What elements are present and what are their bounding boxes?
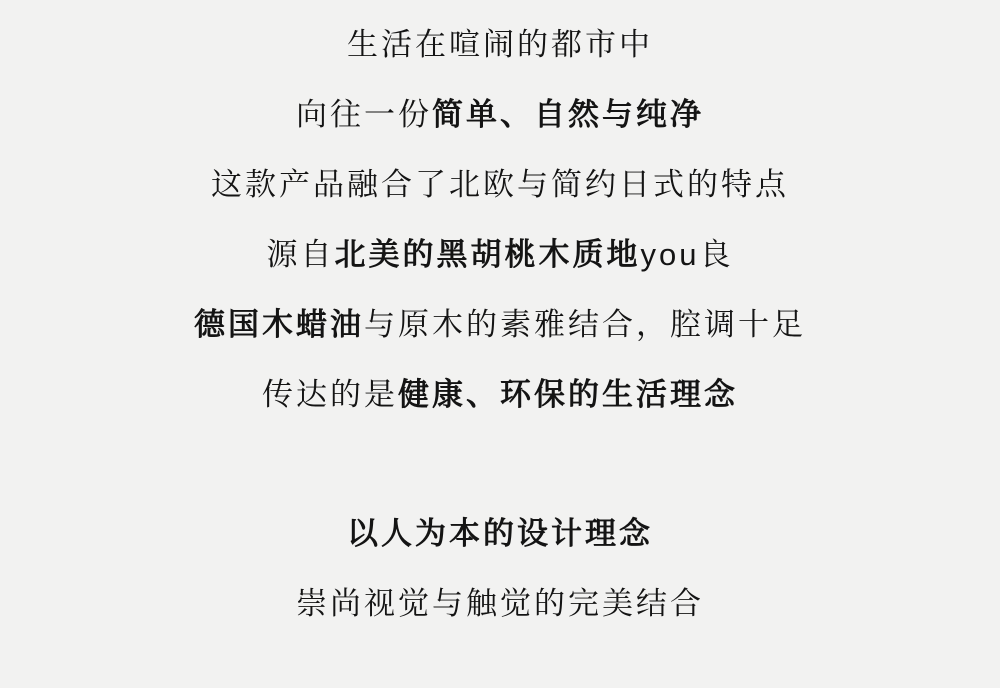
intro-text-block: 生活在喧闹的都市中 向往一份简单、自然与纯净 这款产品融合了北欧与简约日式的特点… <box>0 10 1000 430</box>
text-segment: 与原木的素雅结合，腔调十足 <box>364 307 806 342</box>
text-segment: 向往一份 <box>296 97 432 132</box>
design-concept-block: 以人为本的设计理念 崇尚视觉与触觉的完美结合 <box>0 499 1000 639</box>
text-line-wax-oil: 德国木蜡油与原木的素雅结合，腔调十足 <box>0 290 1000 360</box>
text-segment: 源自 <box>267 237 335 272</box>
text-segment-bold: 简单、自然与纯净 <box>432 97 704 132</box>
text-line-healthy-concept: 传达的是健康、环保的生活理念 <box>0 360 1000 430</box>
text-segment: 传达的是 <box>262 377 398 412</box>
text-line-walnut: 源自北美的黑胡桃木质地you良 <box>0 220 1000 290</box>
text-line-city-life: 生活在喧闹的都市中 <box>0 10 1000 80</box>
text-segment-bold: 北美的黑胡桃木质地 <box>335 237 641 272</box>
text-segment: 崇尚视觉与触觉的完美结合 <box>296 586 704 621</box>
product-description-page: 生活在喧闹的都市中 向往一份简单、自然与纯净 这款产品融合了北欧与简约日式的特点… <box>0 0 1000 688</box>
text-line-human-centered: 以人为本的设计理念 <box>0 499 1000 569</box>
text-segment-bold: 德国木蜡油 <box>194 307 364 342</box>
text-line-fusion: 这款产品融合了北欧与简约日式的特点 <box>0 150 1000 220</box>
text-segment-bold: 以人为本的设计理念 <box>347 516 653 551</box>
text-segment: 这款产品融合了北欧与简约日式的特点 <box>211 167 789 202</box>
text-segment: you良 <box>641 237 734 272</box>
text-segment-bold: 健康、环保的生活理念 <box>398 377 738 412</box>
text-segment: 生活在喧闹的都市中 <box>347 27 653 62</box>
text-line-yearning: 向往一份简单、自然与纯净 <box>0 80 1000 150</box>
text-line-visual-tactile: 崇尚视觉与触觉的完美结合 <box>0 569 1000 639</box>
